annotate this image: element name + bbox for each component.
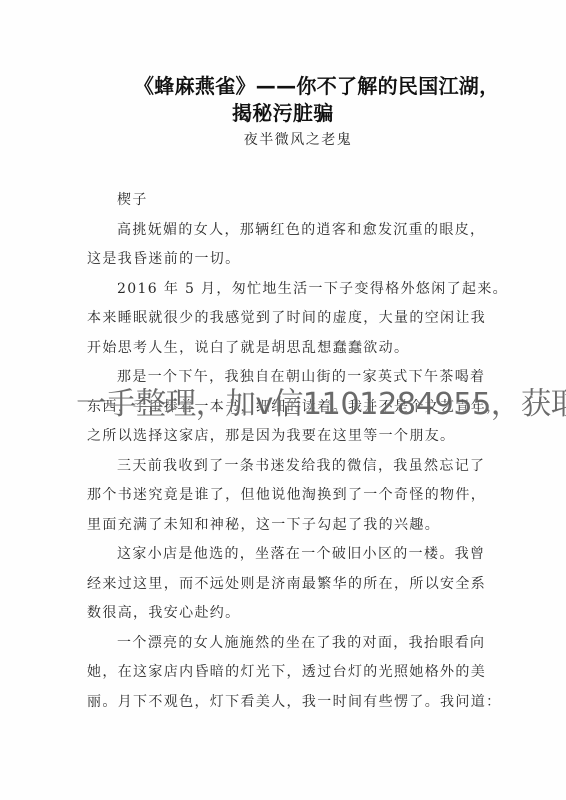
body-line: 丽。月下不观色，灯下看美人，我一时间有些愣了。我问道： xyxy=(87,688,477,718)
body-line: 一个漂亮的女人施施然的坐在了我的对面，我抬眼看向 xyxy=(87,629,477,659)
body-line: 三天前我收到了一条书迷发给我的微信，我虽然忘记了 xyxy=(87,452,477,482)
section-heading: 楔子 xyxy=(87,186,477,216)
document-page: 《蜂麻燕雀》——你不了解的民国江湖， 揭秘污脏骗 夜半微风之老鬼 楔子 高挑妩媚… xyxy=(0,0,566,800)
document-title-line-1: 《蜂麻燕雀》——你不了解的民国江湖， xyxy=(134,74,499,98)
body-line: 2016 年 5 月，匆忙地生活一下子变得格外悠闲了起来。 xyxy=(87,275,477,305)
document-body: 楔子 高挑妩媚的女人，那辆红色的逍客和愈发沉重的眼皮， 这是我昏迷前的一切。 2… xyxy=(87,186,477,717)
author-byline: 夜半微风之老鬼 xyxy=(0,131,566,149)
document-title-line-2: 揭秘污脏骗 xyxy=(232,101,334,125)
body-line: 高挑妩媚的女人，那辆红色的逍客和愈发沉重的眼皮， xyxy=(87,216,477,246)
body-line: 之所以选择这家店，那是因为我要在这里等一个朋友。 xyxy=(87,422,477,452)
body-line: 本来睡眠就很少的我感觉到了时间的虚度，大量的空闲让我 xyxy=(87,304,477,334)
body-line: 她，在这家店内昏暗的灯光下，透过台灯的光照她格外的美 xyxy=(87,658,477,688)
body-line: 这是我昏迷前的一切。 xyxy=(87,245,477,275)
body-line: 开始思考人生，说白了就是胡思乱想蠢蠢欲动。 xyxy=(87,334,477,364)
body-line: 经来过这里，而不远处则是济南最繁华的所在，所以安全系 xyxy=(87,570,477,600)
body-line: 那个书迷究竟是谁了，但他说他淘换到了一个奇怪的物件， xyxy=(87,481,477,511)
body-line: 数很高，我安心赴约。 xyxy=(87,599,477,629)
watermark-overlay: 一手整理，加v信1101284955，获取更多好帖 xyxy=(76,387,566,423)
body-line: 里面充满了未知和神秘，这一下子勾起了我的兴趣。 xyxy=(87,511,477,541)
body-line: 这家小店是他选的，坐落在一个破旧小区的一楼。我曾 xyxy=(87,540,477,570)
